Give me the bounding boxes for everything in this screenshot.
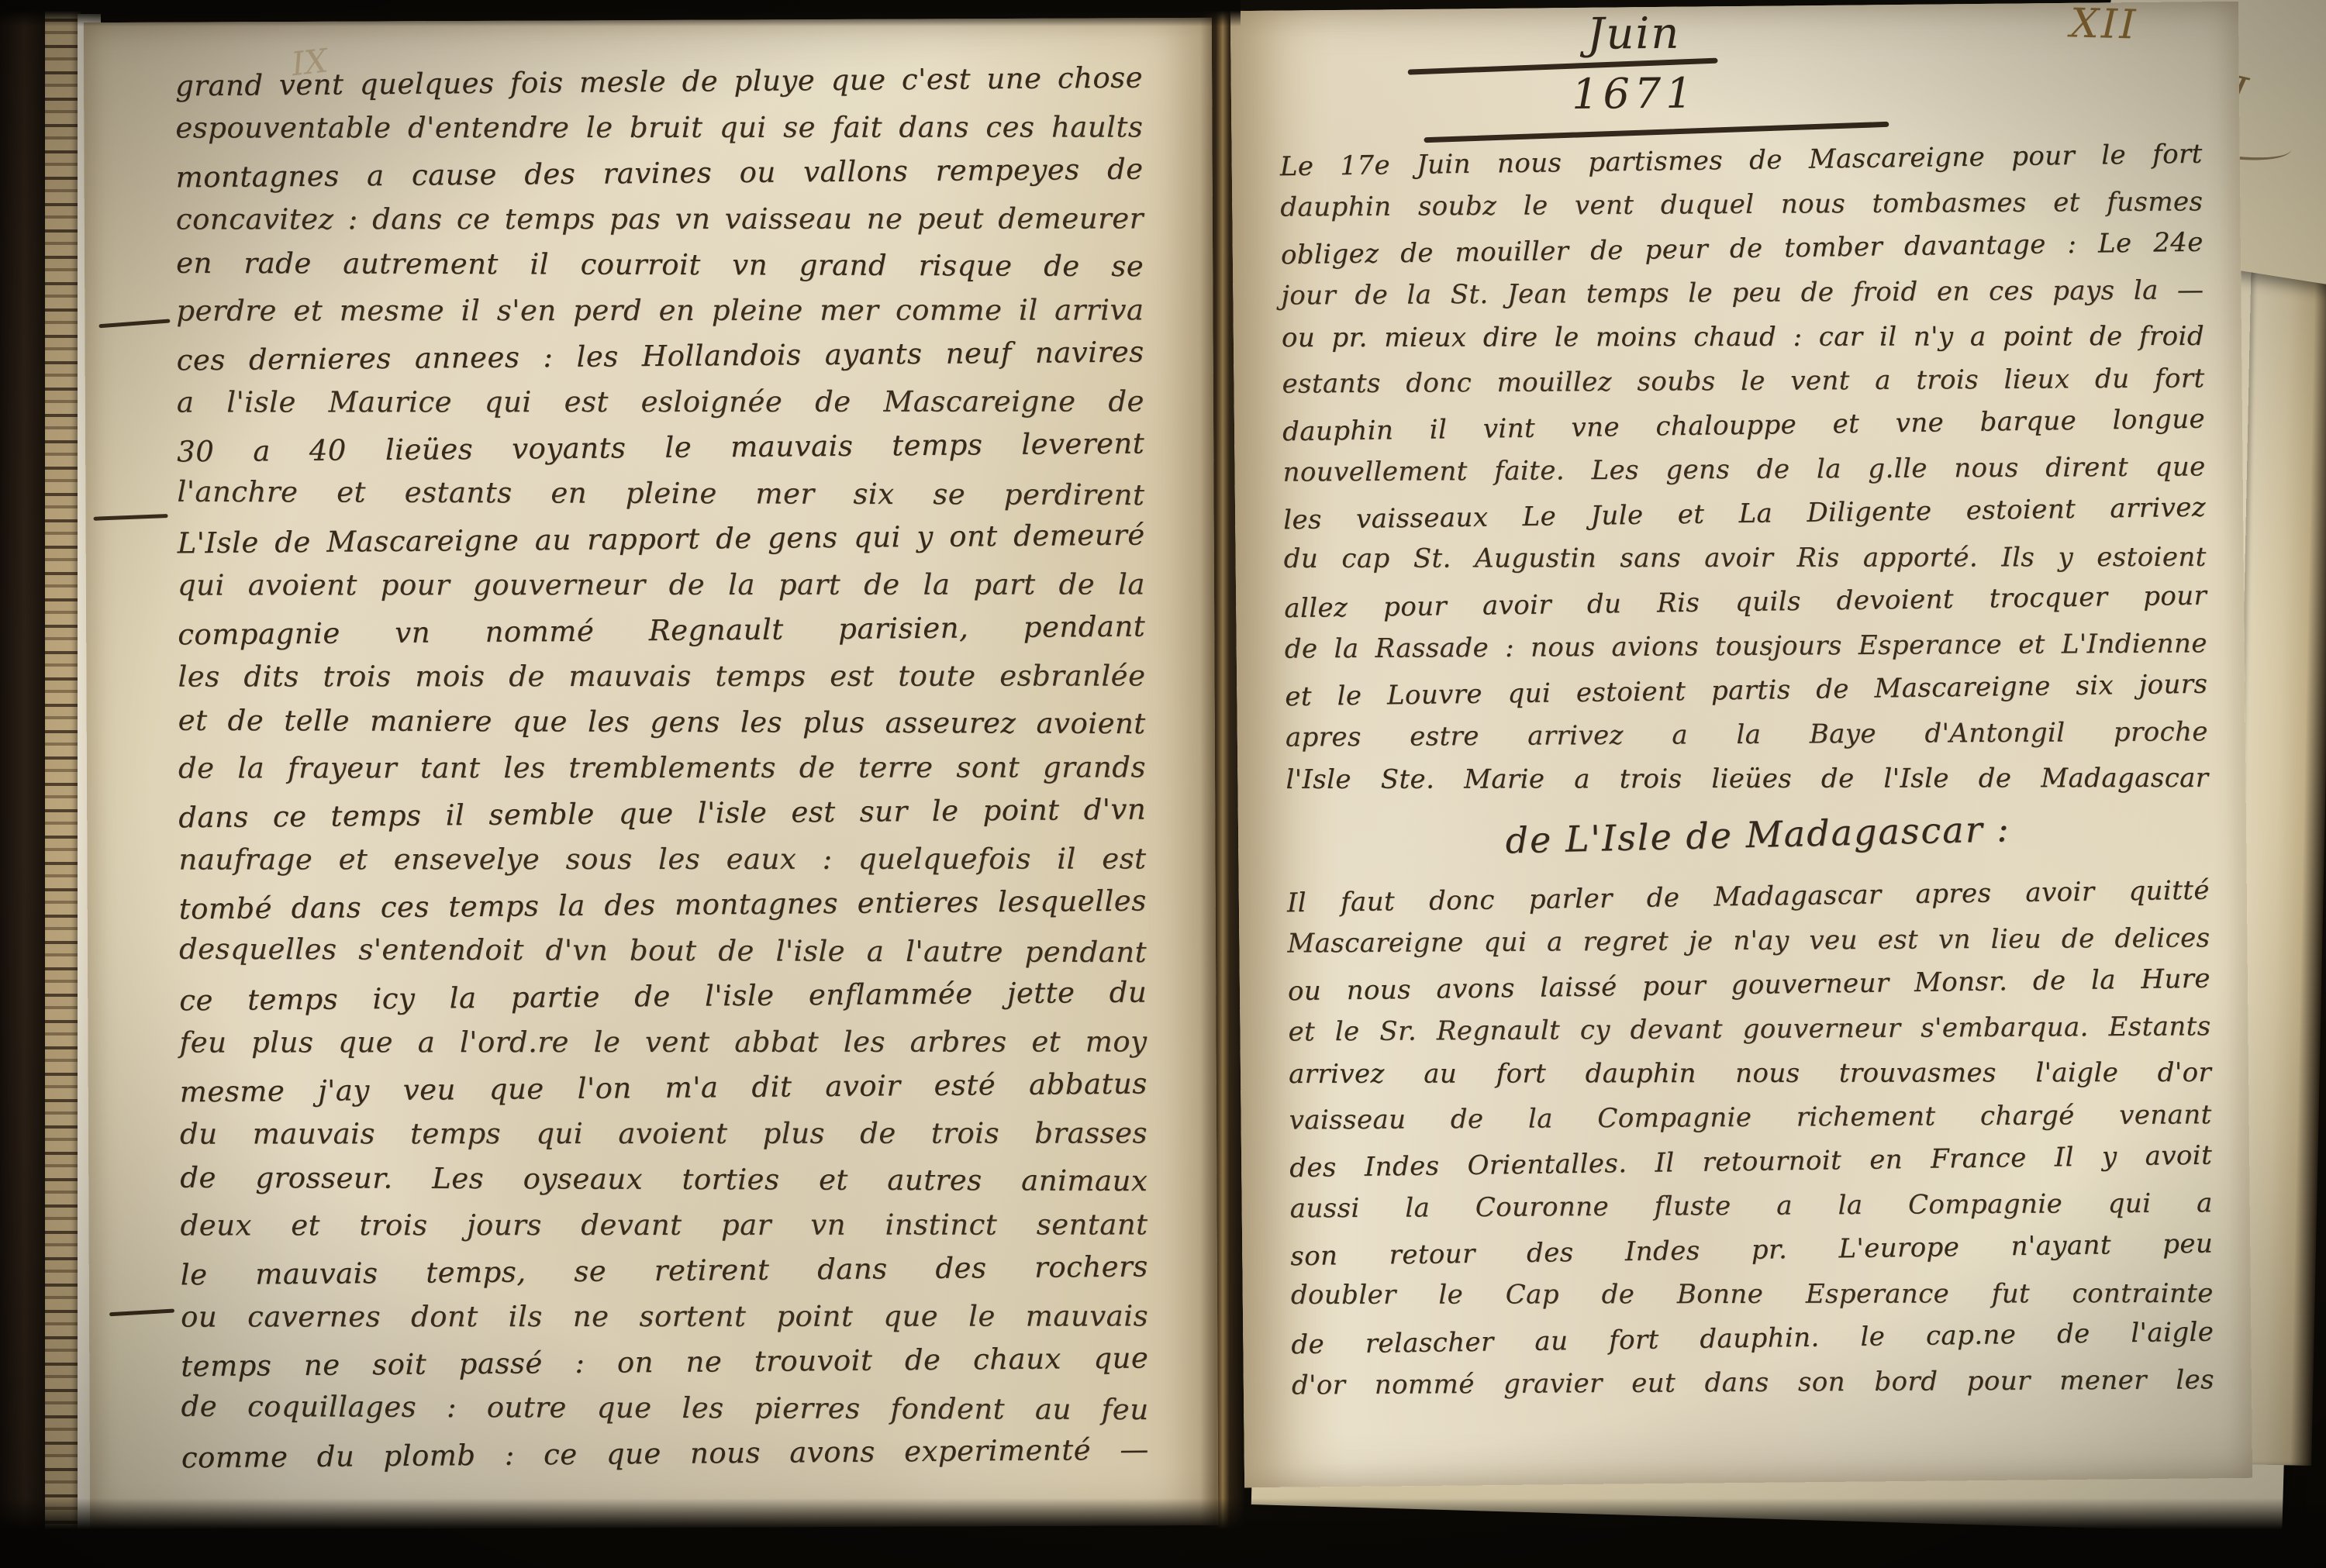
manuscript-line: du mauvais temps qui avoient plus de tro… (180, 1111, 1147, 1158)
manuscript-line: tombé dans ces temps la des montagnes en… (179, 879, 1147, 933)
manuscript-line: l'Isle Ste. Marie a trois lieües de l'Is… (1286, 757, 2208, 803)
top-vignette (0, 0, 1241, 26)
manuscript-line: mesme j'ay veu que l'on m'a dit avoir es… (180, 1062, 1147, 1116)
manuscript-line: doubler le Cap de Bonne Esperance fut co… (1291, 1273, 2214, 1318)
margin-dash (93, 514, 167, 521)
manuscript-line: feu plus que a l'ord.re le vent abbat le… (179, 1020, 1147, 1067)
manuscript-line: deux et trois jours devant par vn instin… (181, 1203, 1148, 1249)
manuscript-line: de la frayeur tant les tremblements de t… (178, 746, 1146, 792)
manuscript-line: et de telle maniere que les gens les plu… (178, 699, 1146, 748)
margin-dash (98, 319, 170, 328)
manuscript-line: naufrage et ensevelye sous les eaux : qu… (178, 837, 1146, 884)
manuscript-line: de coquillages : outre que les pierres f… (181, 1385, 1148, 1434)
manuscript-line: a l'isle Maurice qui est esloignée de Ma… (177, 380, 1144, 426)
manuscript-line: grand vent quelques fois mesle de pluye … (175, 57, 1143, 111)
manuscript-line: desquelles s'entendoit d'vn bout de l'is… (179, 928, 1147, 977)
page-fore-edges (45, 8, 81, 1550)
manuscript-line: dans ce temps il semble que l'isle est s… (178, 787, 1146, 842)
manuscript-photo: VIII IX grand vent quelques fois mesle d… (0, 0, 2326, 1568)
manuscript-line: ou pr. mieux dire le moins chaud : car i… (1282, 315, 2204, 361)
manuscript-line: arrivez au fort dauphin nous trouvasmes … (1289, 1052, 2211, 1098)
manuscript-line: 30 a 40 lieües voyants le mauvais temps … (177, 422, 1144, 476)
margin-dash (109, 1308, 174, 1316)
manuscript-line: apres estre arrivez a la Baye d'Antongil… (1286, 711, 2208, 760)
manuscript-line: ou cavernes dont ils ne sortent point qu… (181, 1294, 1148, 1341)
manuscript-line: temps ne soit passé : on ne trouvoit de … (181, 1336, 1148, 1391)
right-page-number: XII (2069, 0, 2138, 48)
manuscript-line: ce temps icy la partie de l'isle enflamm… (179, 970, 1147, 1025)
right-page-text-lower: Il faut donc parler de Madagascar apres … (1287, 871, 2215, 1410)
manuscript-line: d'or nommé gravier eut dans son bord pou… (1292, 1359, 2214, 1408)
manuscript-line: l'anchre et estants en pleine mer six se… (177, 470, 1144, 519)
left-page: IX grand vent quelques fois mesle de plu… (84, 18, 1218, 1530)
book-cover-edge (0, 0, 45, 1568)
right-page-text-upper: Le 17e Juin nous partismes de Mascareign… (1280, 135, 2209, 806)
manuscript-line: jour de la St. Jean temps le peu de froi… (1281, 269, 2203, 319)
manuscript-line: perdre et mesme il s'en perd en pleine m… (176, 288, 1144, 335)
manuscript-line: de grosseur. Les oyseaux torties et autr… (180, 1156, 1147, 1205)
manuscript-line: L'Isle de Mascareigne au rapport de gens… (177, 513, 1144, 567)
manuscript-line: et le Sr. Regnault cy devant gouverneur … (1288, 1005, 2210, 1055)
manuscript-line: compagnie vn nommé Regnault parisien, pe… (178, 605, 1145, 659)
manuscript-line: ces dernieres annees : les Hollandois ay… (176, 330, 1144, 384)
manuscript-line: le mauvais temps, se retirent dans des r… (181, 1245, 1148, 1299)
bottom-vignette (0, 1498, 2326, 1568)
manuscript-line: comme du plomb : ce que nous avons exper… (181, 1428, 1149, 1482)
year-heading: 1671 (1464, 67, 1806, 119)
month-heading: Juin (1463, 7, 1805, 60)
manuscript-line: en rade autrement il courroit vn grand r… (176, 242, 1144, 291)
section-heading: de L'Isle de Madagascar : (1378, 805, 2138, 864)
manuscript-line: concavitez : dans ce temps pas vn vaisse… (176, 197, 1144, 243)
left-page-text: grand vent quelques fois mesle de pluye … (175, 58, 1149, 1480)
manuscript-line: du cap St. Augustin sans avoir Ris appor… (1284, 536, 2207, 582)
manuscript-line: montagnes a cause des ravines ou vallons… (175, 147, 1143, 202)
manuscript-line: son retour des Indes pr. L'europe n'ayan… (1290, 1223, 2214, 1280)
manuscript-line: espouventable d'entendre le bruit qui se… (175, 105, 1143, 152)
manuscript-line: qui avoient pour gouverneur de la part d… (178, 563, 1145, 609)
right-page: XII Juin 1671 Le 17e Juin nous partismes… (1230, 2, 2252, 1487)
manuscript-line: les dits trois mois de mauvais temps est… (178, 654, 1145, 701)
manuscript-line: les vaisseaux Le Jule et La Diligente es… (1283, 487, 2207, 544)
